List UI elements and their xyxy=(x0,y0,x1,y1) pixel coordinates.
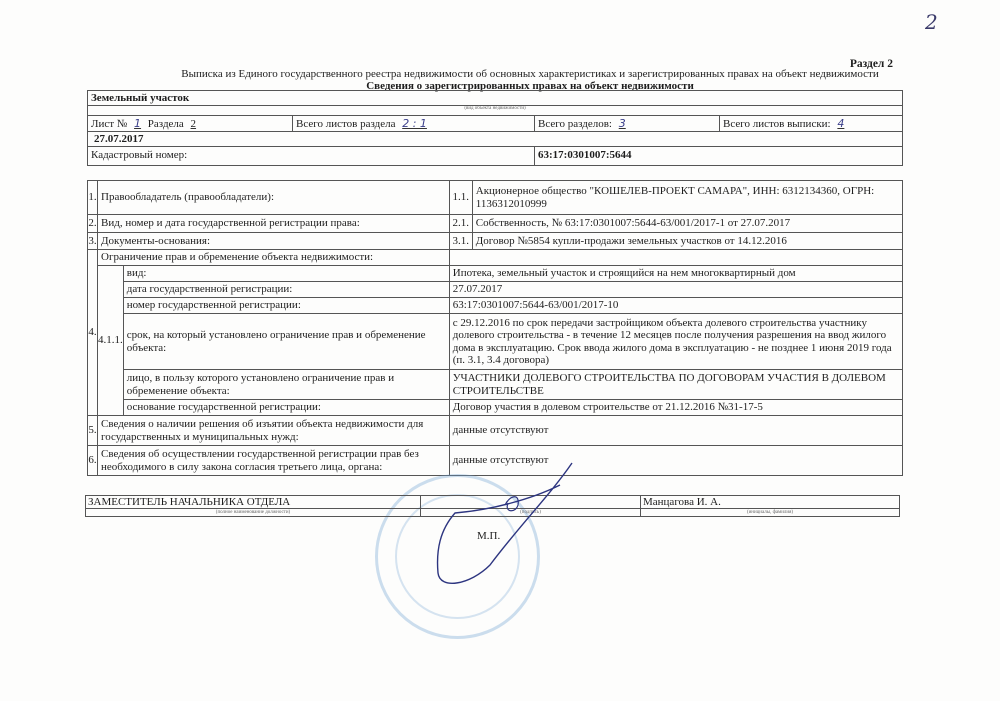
encumbrance-label: основание государственной регистрации: xyxy=(123,400,449,416)
sheet-label: Лист № xyxy=(91,118,127,130)
row-number: 4. xyxy=(88,250,98,416)
table-row: дата государственной регистрации: 27.07.… xyxy=(88,282,903,298)
row-empty-cell xyxy=(449,250,902,266)
total-sheets-section-cell: Всего листов раздела 2 : 1 xyxy=(293,116,535,131)
total-sheets-cell: Всего листов выписки: 4 xyxy=(720,116,902,131)
position-cell: ЗАМЕСТИТЕЛЬ НАЧАЛЬНИКА ОТДЕЛА (полное на… xyxy=(86,496,421,516)
section-of-value: 2 xyxy=(187,118,201,130)
table-row: 4. Ограничение прав и обременение объект… xyxy=(88,250,903,266)
row-label: Сведения об осуществлении государственно… xyxy=(98,446,450,476)
total-sheets-label: Всего листов выписки: xyxy=(723,118,831,130)
sheet-number-cell: Лист № 1 Раздела 2 xyxy=(88,116,293,131)
position-caption: (полное наименование должности) xyxy=(86,509,420,517)
encumbrance-label: вид: xyxy=(123,266,449,282)
table-row: 1. Правообладатель (правообладатели): 1.… xyxy=(88,181,903,215)
encumbrance-label: номер государственной регистрации: xyxy=(123,298,449,314)
row-number: 5. xyxy=(88,416,98,446)
header-table: Земельный участок (вид объекта недвижимо… xyxy=(87,90,903,166)
object-type: Земельный участок xyxy=(88,91,902,105)
table-row: 2. Вид, номер и дата государственной рег… xyxy=(88,215,903,233)
total-sheets-section-value: 2 : 1 xyxy=(398,117,431,130)
section-of-label: Раздела xyxy=(148,118,184,130)
encumbrance-label: дата государственной регистрации: xyxy=(123,282,449,298)
row-number: 6. xyxy=(88,446,98,476)
encumbrance-value: Ипотека, земельный участок и строящийся … xyxy=(449,266,902,282)
table-row: срок, на который установлено ограничение… xyxy=(88,314,903,370)
row-label: Ограничение прав и обременение объекта н… xyxy=(98,250,450,266)
total-sections-label: Всего разделов: xyxy=(538,118,612,130)
total-sections-value: 3 xyxy=(615,117,630,130)
seal-label: М.П. xyxy=(477,530,500,542)
sheet-info-row: Лист № 1 Раздела 2 Всего листов раздела … xyxy=(88,116,902,132)
row-subnumber: 3.1. xyxy=(449,233,472,250)
total-sheets-value: 4 xyxy=(833,117,848,130)
encumbrance-value: с 29.12.2016 по срок передачи застройщик… xyxy=(449,314,902,370)
cadastral-label: Кадастровый номер: xyxy=(88,147,535,165)
cadastral-row: Кадастровый номер: 63:17:0301007:5644 xyxy=(88,147,902,165)
encumbrance-label: лицо, в пользу которого установлено огра… xyxy=(123,370,449,400)
row-number: 3. xyxy=(88,233,98,250)
document-title: Выписка из Единого государственного реес… xyxy=(60,68,1000,80)
cadastral-number: 63:17:0301007:5644 xyxy=(535,147,902,165)
extract-date: 27.07.2017 xyxy=(88,132,902,146)
encumbrance-value: УЧАСТНИКИ ДОЛЕВОГО СТРОИТЕЛЬСТВА ПО ДОГО… xyxy=(449,370,902,400)
table-row: 4.1.1. вид: Ипотека, земельный участок и… xyxy=(88,266,903,282)
name-cell: Манцагова И. А. (инициалы, фамилия) xyxy=(641,496,899,516)
row-label: Документы-основания: xyxy=(98,233,450,250)
name-caption: (инициалы, фамилия) xyxy=(641,509,899,517)
total-sheets-section-label: Всего листов раздела xyxy=(296,118,395,130)
table-row: номер государственной регистрации: 63:17… xyxy=(88,298,903,314)
registration-value: Собственность, № 63:17:0301007:5644-63/0… xyxy=(472,215,902,233)
table-row: лицо, в пользу которого установлено огра… xyxy=(88,370,903,400)
table-row: 5. Сведения о наличии решения об изъятии… xyxy=(88,416,903,446)
handwritten-signature-icon xyxy=(400,455,600,595)
object-type-row: Земельный участок xyxy=(88,91,902,106)
sheet-value: 1 xyxy=(130,117,145,130)
object-type-caption-row: (вид объекта недвижимости) xyxy=(88,106,902,116)
encumbrance-label: срок, на который установлено ограничение… xyxy=(123,314,449,370)
basis-documents-value: Договор №5854 купли-продажи земельных уч… xyxy=(472,233,902,250)
encumbrance-value: 27.07.2017 xyxy=(449,282,902,298)
row-number: 2. xyxy=(88,215,98,233)
seizure-value: данные отсутствуют xyxy=(449,416,902,446)
official-name: Манцагова И. А. xyxy=(641,496,899,509)
row-subnumber: 4.1.1. xyxy=(98,266,124,416)
row-label: Правообладатель (правообладатели): xyxy=(98,181,450,215)
object-type-caption: (вид объекта недвижимости) xyxy=(88,106,902,111)
table-row: 3. Документы-основания: 3.1. Договор №58… xyxy=(88,233,903,250)
page-handwritten-number: 2 xyxy=(925,10,938,34)
encumbrance-value: Договор участия в долевом строительстве … xyxy=(449,400,902,416)
row-number: 1. xyxy=(88,181,98,215)
row-label: Сведения о наличии решения об изъятии об… xyxy=(98,416,450,446)
encumbrance-value: 63:17:0301007:5644-63/001/2017-10 xyxy=(449,298,902,314)
row-label: Вид, номер и дата государственной регист… xyxy=(98,215,450,233)
rightholder-value: Акционерное общество "КОШЕЛЕВ-ПРОЕКТ САМ… xyxy=(472,181,902,215)
total-sections-cell: Всего разделов: 3 xyxy=(535,116,720,131)
rights-table: 1. Правообладатель (правообладатели): 1.… xyxy=(87,180,903,476)
official-position: ЗАМЕСТИТЕЛЬ НАЧАЛЬНИКА ОТДЕЛА xyxy=(86,496,420,509)
date-row: 27.07.2017 xyxy=(88,132,902,147)
row-subnumber: 2.1. xyxy=(449,215,472,233)
table-row: основание государственной регистрации: Д… xyxy=(88,400,903,416)
row-subnumber: 1.1. xyxy=(449,181,472,215)
